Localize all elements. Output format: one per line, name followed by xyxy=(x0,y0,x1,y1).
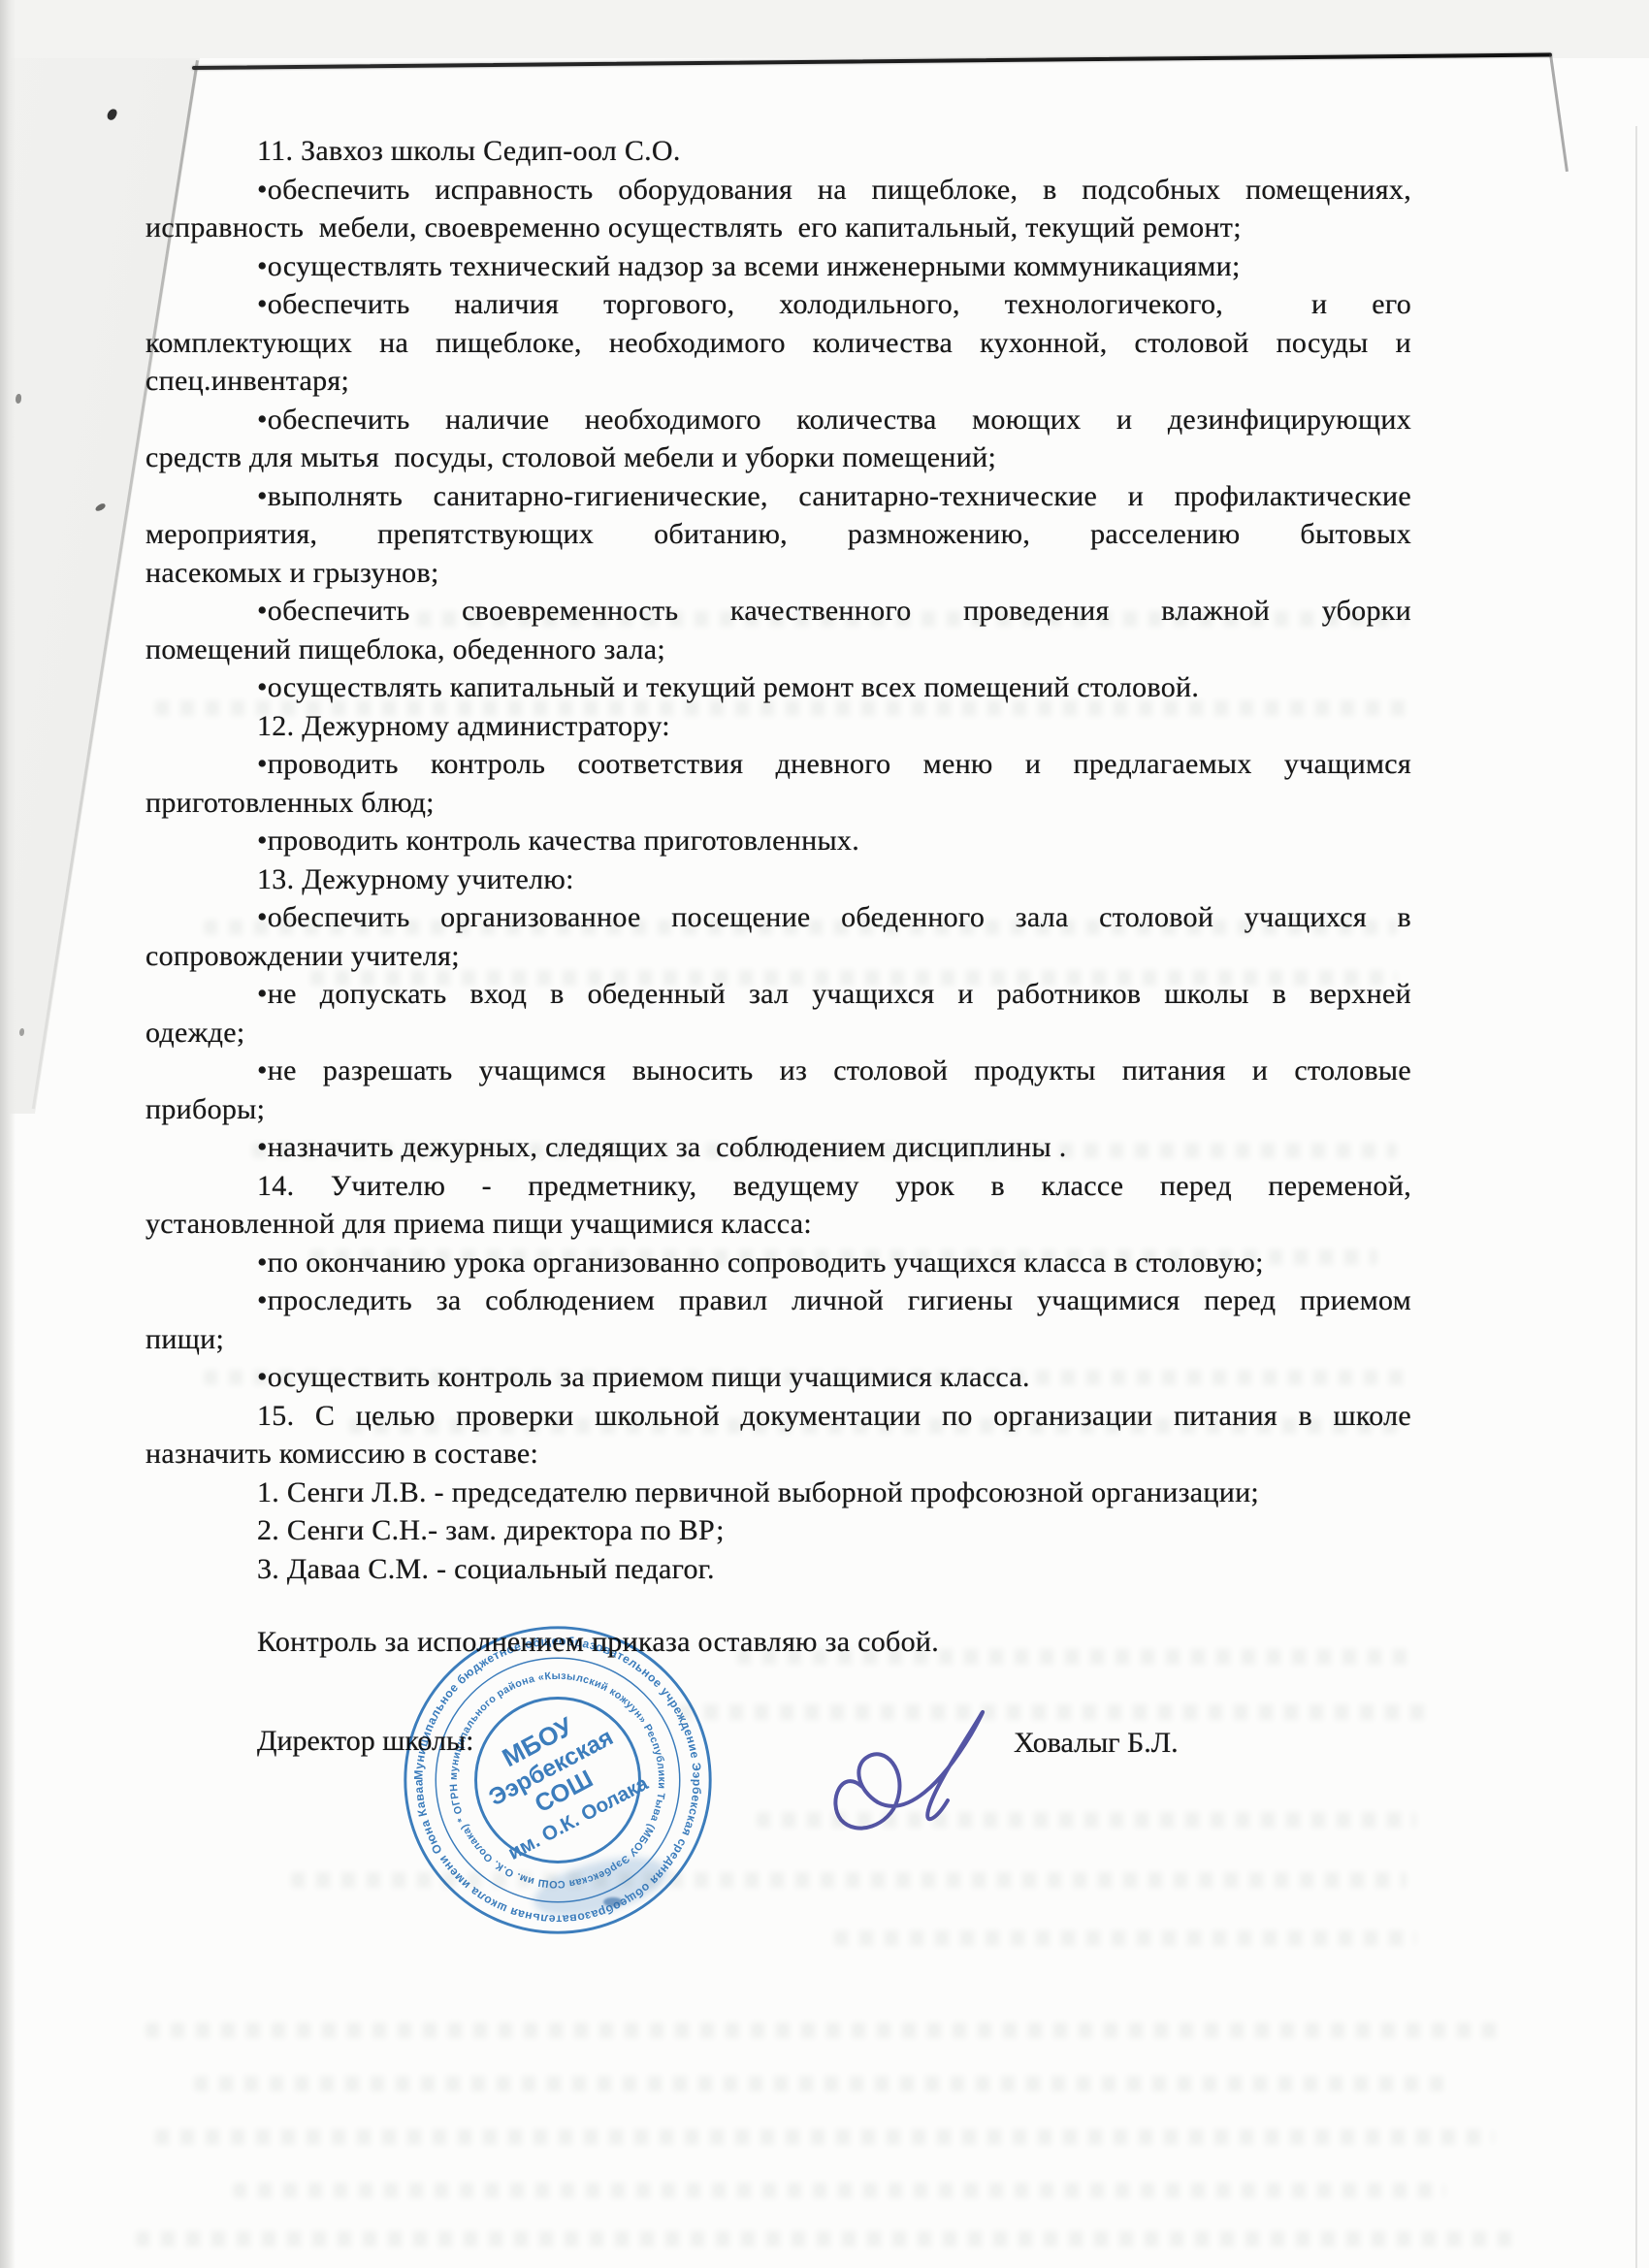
paragraph: •по окончанию урока организованно сопров… xyxy=(145,1244,1411,1282)
text-line: •осуществлять капитальный и текущий ремо… xyxy=(145,668,1411,707)
page-right-edge xyxy=(1635,126,1637,2268)
text-line: •не разрешать учащимся выносить из столо… xyxy=(145,1052,1411,1090)
stamp-ink-blob xyxy=(603,1897,623,1907)
text-line: •обеспечить наличия торгового, холодильн… xyxy=(145,285,1411,324)
text-line: •выполнять санитарно-гигиенические, сани… xyxy=(145,477,1411,516)
text-line: приготовленных блюд; xyxy=(145,784,1411,823)
paragraph: •осуществить контроль за приемом пищи уч… xyxy=(145,1358,1411,1397)
paragraph: 12. Дежурному администратору: xyxy=(145,707,1411,746)
paragraph: 11. Завхоз школы Седип-оол С.О. xyxy=(145,132,1411,171)
paragraph: •осуществлять технический надзор за всем… xyxy=(145,247,1411,286)
paragraph: •проводить контроль качества приготовлен… xyxy=(145,822,1411,860)
text-line: мероприятия, препятствующих обитанию, ра… xyxy=(145,515,1411,554)
text-line: приборы; xyxy=(145,1090,1411,1129)
text-line: установленной для приема пищи учащимися … xyxy=(145,1205,1411,1244)
paragraph: •осуществлять капитальный и текущий ремо… xyxy=(145,668,1411,707)
bleed-through-line xyxy=(194,2076,1455,2091)
text-line: •обеспечить организованное посещение обе… xyxy=(145,898,1411,937)
bleed-through-line xyxy=(155,2129,1494,2145)
text-line: •проводить контроль соответствия дневног… xyxy=(145,745,1411,784)
text-line: 11. Завхоз школы Седип-оол С.О. xyxy=(145,132,1411,171)
text-line: 13. Дежурному учителю: xyxy=(145,860,1411,899)
paragraph: •обеспечить организованное посещение обе… xyxy=(145,898,1411,975)
bleed-through-line xyxy=(834,1930,1416,1946)
text-line: назначить комиссию в составе: xyxy=(145,1435,1411,1474)
text-line: 14. Учителю - предметнику, ведущему урок… xyxy=(145,1167,1411,1206)
paragraph: 1. Сенги Л.В. - председателю первичной в… xyxy=(145,1474,1411,1512)
paragraph: •обеспечить своевременность качественног… xyxy=(145,592,1411,668)
text-line: сопровождении учителя; xyxy=(145,937,1411,976)
paragraph: •проводить контроль соответствия дневног… xyxy=(145,745,1411,822)
paragraph: •выполнять санитарно-гигиенические, сани… xyxy=(145,477,1411,593)
text-line: •по окончанию урока организованно сопров… xyxy=(145,1244,1411,1282)
text-line: Контроль за исполнением приказа оставляю… xyxy=(145,1623,1411,1662)
text-line: •осуществить контроль за приемом пищи уч… xyxy=(145,1358,1411,1397)
text-line: •обеспечить наличие необходимого количес… xyxy=(145,401,1411,439)
text-line: •осуществлять технический надзор за всем… xyxy=(145,247,1411,286)
bleed-through-line xyxy=(233,2183,1445,2198)
text-line: пищи; xyxy=(145,1320,1411,1359)
paragraph: 14. Учителю - предметнику, ведущему урок… xyxy=(145,1167,1411,1244)
text-line: 2. Сенги С.Н.- зам. директора по ВР; xyxy=(145,1511,1411,1550)
text-line: 1. Сенги Л.В. - председателю первичной в… xyxy=(145,1474,1411,1512)
text-line: комплектующих на пищеблоке, необходимого… xyxy=(145,324,1411,363)
text-line: •проводить контроль качества приготовлен… xyxy=(145,822,1411,860)
text-line: 3. Даваа С.М. - социальный педагог. xyxy=(145,1550,1411,1589)
bleed-through-line xyxy=(145,2023,1503,2038)
text-line: одежде; xyxy=(145,1014,1411,1053)
text-line: 15. С целью проверки школьной документац… xyxy=(145,1397,1411,1436)
text-line: •не допускать вход в обеденный зал учащи… xyxy=(145,975,1411,1014)
paragraph: •обеспечить наличия торгового, холодильн… xyxy=(145,285,1411,401)
text-line: •обеспечить исправность оборудования на … xyxy=(145,171,1411,210)
text-line: •проследить за соблюдением правил личной… xyxy=(145,1281,1411,1320)
text-line: 12. Дежурному администратору: xyxy=(145,707,1411,746)
text-line: •назначить дежурных, следящих за соблюде… xyxy=(145,1128,1411,1167)
document-body: 11. Завхоз школы Седип-оол С.О.•обеспечи… xyxy=(145,132,1411,1662)
paragraph: 2. Сенги С.Н.- зам. директора по ВР; xyxy=(145,1511,1411,1550)
handwritten-signature xyxy=(820,1690,1082,1869)
paragraph: 15. С целью проверки школьной документац… xyxy=(145,1397,1411,1474)
text-line: насекомых и грызунов; xyxy=(145,554,1411,593)
scanned-page: 11. Завхоз школы Седип-оол С.О.•обеспечи… xyxy=(0,0,1649,2268)
paragraph: •назначить дежурных, следящих за соблюде… xyxy=(145,1128,1411,1167)
text-line: исправность мебели, своевременно осущест… xyxy=(145,209,1411,247)
paragraph: •не допускать вход в обеденный зал учащи… xyxy=(145,975,1411,1052)
text-line: •обеспечить своевременность качественног… xyxy=(145,592,1411,631)
text-line: помещений пищеблока, обеденного зала; xyxy=(145,631,1411,669)
paragraph: 3. Даваа С.М. - социальный педагог. xyxy=(145,1550,1411,1589)
bleed-through-line xyxy=(136,2231,1513,2247)
paragraph: •обеспечить наличие необходимого количес… xyxy=(145,401,1411,477)
paragraph: •не разрешать учащимся выносить из столо… xyxy=(145,1052,1411,1128)
paragraph: •проследить за соблюдением правил личной… xyxy=(145,1281,1411,1358)
scan-left-shadow xyxy=(0,0,16,2268)
paragraph: Контроль за исполнением приказа оставляю… xyxy=(145,1623,1411,1662)
round-seal-stamp: Муниципальное бюджетное общеобразователь… xyxy=(396,1618,720,1942)
text-line: средств для мытья посуды, столовой мебел… xyxy=(145,438,1411,477)
paragraph: 13. Дежурному учителю: xyxy=(145,860,1411,899)
text-line: спец.инвентаря; xyxy=(145,362,1411,401)
paragraph: •обеспечить исправность оборудования на … xyxy=(145,171,1411,247)
